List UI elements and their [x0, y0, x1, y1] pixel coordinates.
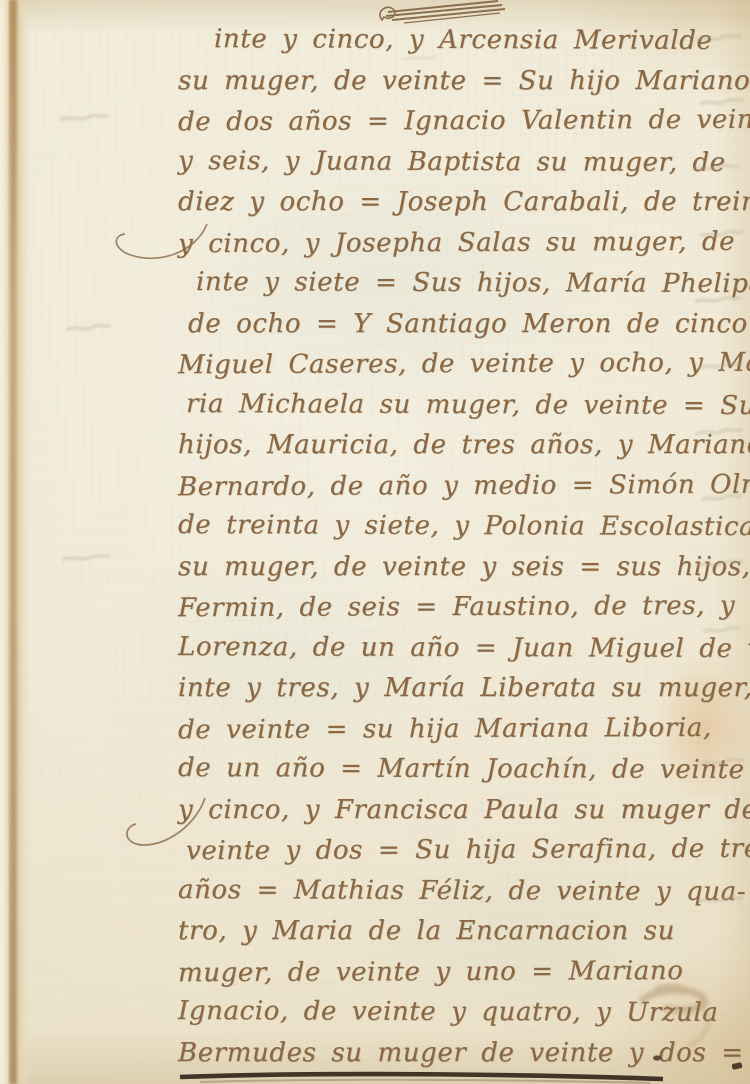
page-edge-line [180, 1074, 663, 1079]
manuscript-page: inte y cinco, y Arcensia Merivaldesu mug… [0, 0, 750, 1084]
manuscript-line: inte y cinco, y Arcensia Merivalde [178, 19, 734, 61]
manuscript-line: diez y ocho = Joseph Carabali, de treint… [178, 182, 734, 223]
manuscript-line: de dos años = Ignacio Valentin de veinte [178, 100, 734, 143]
manuscript-line: y cinco, y Josepha Salas su muger, de ve… [178, 221, 734, 264]
manuscript-text: inte y cinco, y Arcensia Merivaldesu mug… [178, 20, 734, 1073]
manuscript-line: y seis, y Juana Baptista su muger, de [178, 141, 734, 183]
manuscript-line: su muger, de veinte = Su hijo Mariano, [178, 61, 734, 102]
manuscript-line: hijos, Mauricia, de tres años, y Mariano [178, 425, 734, 466]
page-edge-line-shadow [200, 1080, 650, 1083]
page-left-edge [0, 0, 30, 1084]
manuscript-line: tro, y Maria de la Encarnacion su [178, 911, 734, 952]
manuscript-line: muger, de veinte y uno = Mariano [178, 950, 734, 993]
manuscript-line: su muger, de veinte y seis = sus hijos, [178, 547, 734, 588]
manuscript-line: inte y tres, y María Liberata su muger, [178, 668, 734, 709]
manuscript-line: ria Michaela su muger, de veinte = Sus [178, 384, 734, 426]
manuscript-line: Bernardo, de año y medio = Simón Olmos, [178, 464, 734, 507]
manuscript-line: inte y siete = Sus hijos, María Phelipa, [178, 262, 734, 304]
manuscript-line: años = Mathias Féliz, de veinte y qua- [178, 870, 734, 912]
manuscript-line: Lorenza, de un año = Juan Miguel de ve- [178, 627, 734, 669]
manuscript-line: Bermudes su muger de veinte y dos = [178, 1033, 734, 1074]
manuscript-line: Ignacio, de veinte y quatro, y Urzula [178, 991, 734, 1033]
manuscript-line: de ocho = Y Santiago Meron de cinco = [178, 304, 734, 345]
manuscript-line: veinte y dos = Su hija Serafina, de tres [178, 829, 734, 872]
manuscript-line: de un año = Martín Joachín, de veinte [178, 748, 734, 790]
manuscript-line: de veinte = su hija Mariana Liboria, [178, 707, 734, 750]
manuscript-line: de treinta y siete, y Polonia Escolastic… [178, 505, 734, 547]
manuscript-line: Fermin, de seis = Faustino, de tres, y [178, 586, 734, 629]
manuscript-line: Miguel Caseres, de veinte y ocho, y Ma- [178, 343, 734, 386]
manuscript-line: y cinco, y Francisca Paula su muger de [178, 790, 734, 831]
